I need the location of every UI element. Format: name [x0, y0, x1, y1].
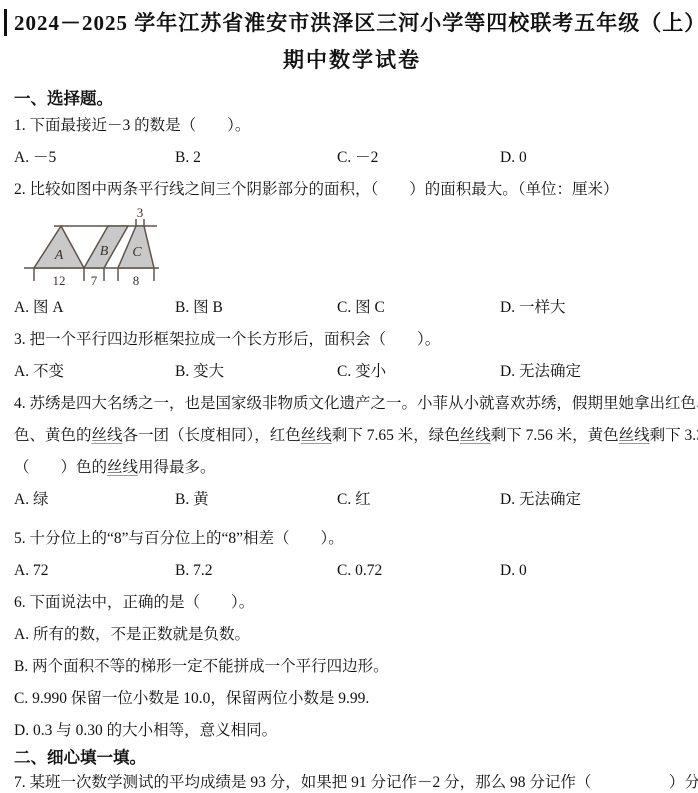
q1-option-d: D. 0: [500, 142, 690, 174]
question3-stem: 3. 把一个平行四边形框架拉成一个长方形后，面积会（ ）。: [14, 324, 690, 356]
question4-stem-line2: 色、黄色的丝线各一团（长度相同），红色丝线剩下 7.65 米，绿色丝线剩下 7.…: [14, 420, 690, 452]
question2-options: A. 图 A B. 图 B C. 图 C D. 一样大: [14, 292, 690, 324]
text-segment: 剩下 7.56 米，黄色: [491, 427, 619, 444]
q6-option-d: D. 0.3 与 0.30 的大小相等，意义相同。: [14, 715, 690, 747]
q2-option-c: C. 图 C: [337, 292, 500, 324]
q6-option-b: B. 两个面积不等的梯形一定不能拼成一个平行四边形。: [14, 651, 690, 683]
question5-stem: 5. 十分位上的“8”与百分位上的“8”相差（ ）。: [14, 523, 690, 555]
q5-option-a: A. 72: [14, 555, 175, 587]
shape-a-label: A: [54, 248, 64, 263]
q6-option-a: A. 所有的数，不是正数就是负数。: [14, 619, 690, 651]
q1-option-b: B. 2: [175, 142, 337, 174]
underlined-text-segment: 丝线: [301, 427, 332, 444]
underlined-text-segment: 丝线: [460, 427, 491, 444]
q4-option-c: C. 红: [337, 484, 500, 516]
q3-option-b: B. 变大: [175, 356, 337, 388]
underlined-text-segment: 丝线: [92, 427, 123, 444]
text-cursor: [4, 9, 7, 36]
exam-title-line1: 2024－2025 学年江苏省淮安市洪泽区三河小学等四校联考五年级（上）: [14, 10, 690, 37]
underlined-text-segment: 丝线: [107, 459, 138, 476]
question2-stem: 2. 比较如图中两条平行线之间三个阴影部分的面积，（ ）的面积最大。（单位：厘米…: [14, 174, 690, 206]
text-segment: 色、黄色的: [14, 427, 92, 444]
question1-options: A. －5 B. 2 C. －2 D. 0: [14, 142, 690, 174]
q1-option-a: A. －5: [14, 142, 175, 174]
q4-option-a: A. 绿: [14, 484, 175, 516]
text-segment: 剩下 3.32 米，: [650, 427, 698, 444]
text-segment: 剩下 7.65 米，绿色: [332, 427, 460, 444]
q4-option-b: B. 黄: [175, 484, 337, 516]
q5-option-d: D. 0: [500, 555, 690, 587]
question4-stem-line3: （ ）色的丝线用得最多。: [14, 452, 690, 484]
q2-option-a: A. 图 A: [14, 292, 175, 324]
exam-content: 2024－2025 学年江苏省淮安市洪泽区三河小学等四校联考五年级（上） 期中数…: [0, 0, 698, 793]
q2-option-d: D. 一样大: [500, 292, 690, 324]
shape-b-label: B: [100, 244, 109, 259]
shape-c-label: C: [132, 245, 142, 260]
exam-paper-page: 2024－2025 学年江苏省淮安市洪泽区三河小学等四校联考五年级（上） 期中数…: [0, 0, 698, 793]
dim-label-b: 7: [91, 273, 98, 288]
q5-option-c: C. 0.72: [337, 555, 500, 587]
question1-stem: 1. 下面最接近－3 的数是（ ）。: [14, 110, 690, 142]
underlined-text-segment: 丝线: [619, 427, 650, 444]
q3-option-c: C. 变小: [337, 356, 500, 388]
q4-option-d: D. 无法确定: [500, 484, 690, 516]
dim-label-a: 12: [53, 273, 66, 288]
question7-stem: 7. 某班一次数学测试的平均成绩是 93 分，如果把 91 分记作－2 分，那么…: [14, 771, 690, 793]
text-segment: 各一团（长度相同），红色: [123, 427, 301, 444]
question4-options: A. 绿 B. 黄 C. 红 D. 无法确定: [14, 484, 690, 516]
text-segment: 用得最多。: [138, 459, 216, 476]
dim-label-top: 3: [137, 206, 144, 220]
exam-title-line2: 期中数学试卷: [14, 46, 690, 74]
parallel-lines-diagram: 3 12 7 8 A B C: [16, 206, 166, 290]
question5-options: A. 72 B. 7.2 C. 0.72 D. 0: [14, 555, 690, 587]
dim-label-c: 8: [133, 273, 140, 288]
q5-option-b: B. 7.2: [175, 555, 337, 587]
question2-figure: 3 12 7 8 A B C: [16, 206, 690, 290]
question4-stem-line1: 4. 苏绣是四大名绣之一，也是国家级非物质文化遗产之一。小菲从小就喜欢苏绣，假期…: [14, 388, 690, 420]
question6-stem: 6. 下面说法中，正确的是（ ）。: [14, 587, 690, 619]
question3-options: A. 不变 B. 变大 C. 变小 D. 无法确定: [14, 356, 690, 388]
q2-option-b: B. 图 B: [175, 292, 337, 324]
section2-heading: 二、细心填一填。: [14, 745, 690, 771]
q3-option-a: A. 不变: [14, 356, 175, 388]
q1-option-c: C. －2: [337, 142, 500, 174]
section1-heading: 一、选择题。: [14, 88, 690, 110]
q6-option-c: C. 9.990 保留一位小数是 10.0，保留两位小数是 9.99.: [14, 683, 690, 715]
text-segment: （ ）色的: [14, 459, 107, 476]
q3-option-d: D. 无法确定: [500, 356, 690, 388]
